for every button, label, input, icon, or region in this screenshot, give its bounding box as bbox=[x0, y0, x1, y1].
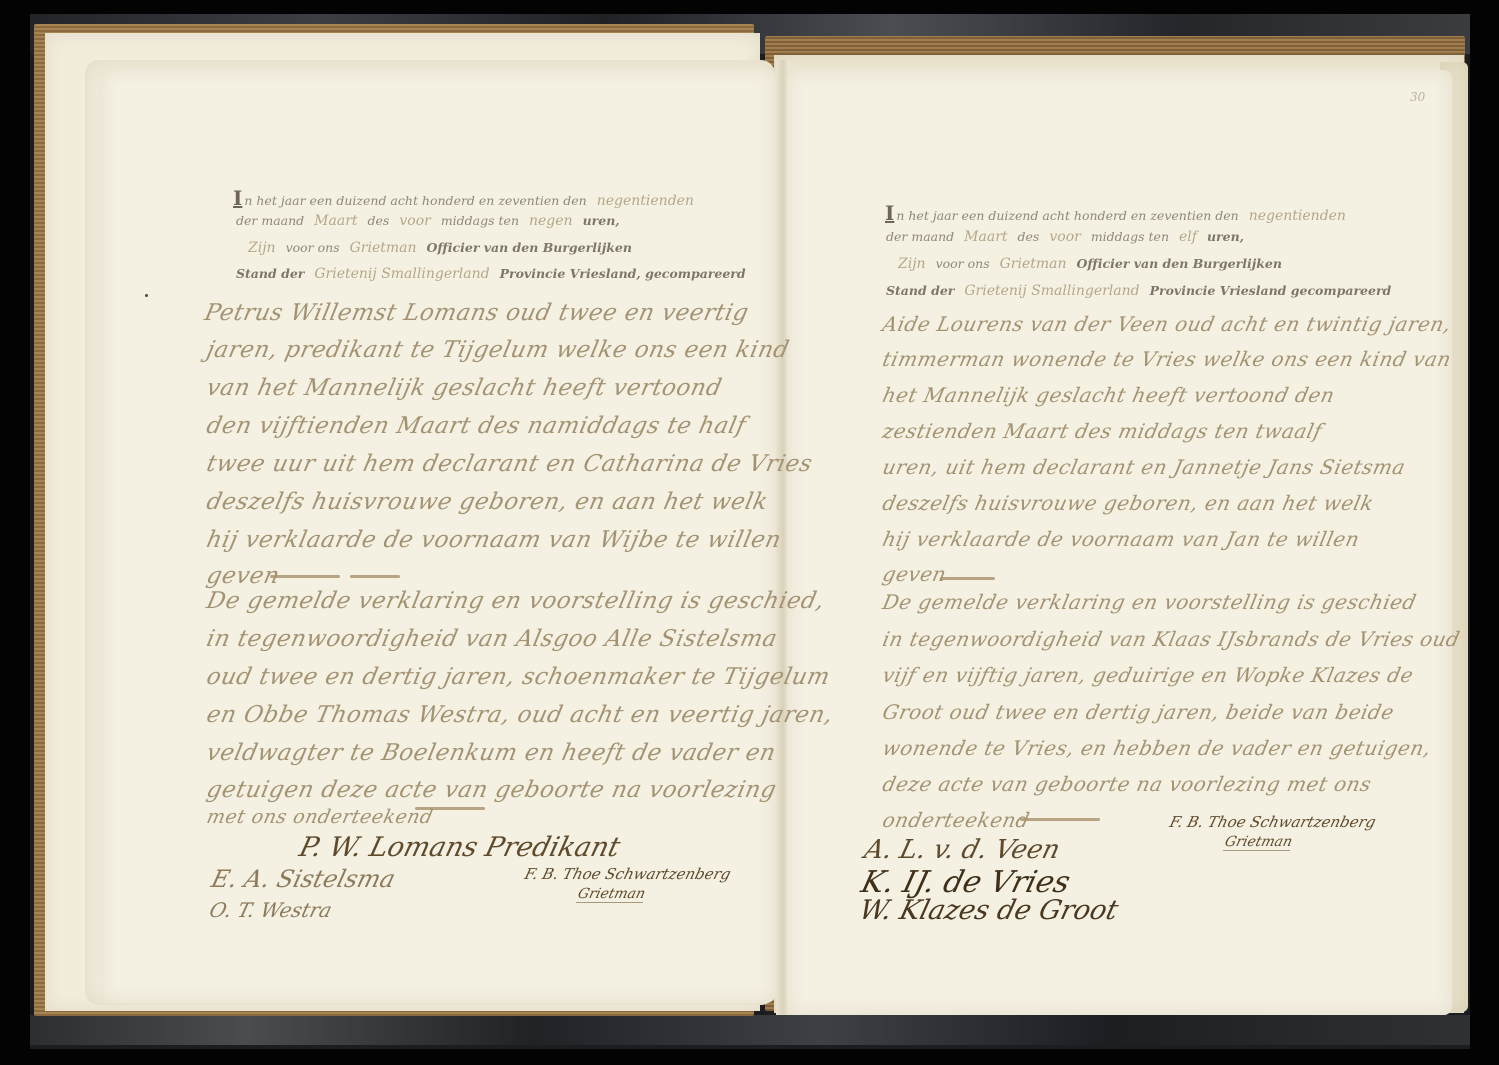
hand-line: oud twee en dertig jaren, schoenmaker te… bbox=[204, 664, 832, 690]
hand-line: uren, uit hem declarant en Jannetje Jans… bbox=[880, 455, 1407, 479]
printed-text: Stand der bbox=[236, 266, 304, 281]
form-line-1: In het jaar een duizend acht honderd en … bbox=[885, 201, 1356, 225]
form-line-1: In het jaar een duizend acht honderd en … bbox=[233, 186, 704, 210]
hand-line: zestienden Maart des middags ten twaalf bbox=[880, 419, 1324, 443]
printed-text: Officier van den Burgerlijken bbox=[1077, 256, 1282, 271]
signature-father: A. L. v. d. Veen bbox=[861, 835, 1063, 865]
handwritten-fill: negen bbox=[529, 213, 573, 229]
form-line-2: der maandMaartdesvoormiddags tennegenure… bbox=[236, 213, 620, 229]
hand-line: in tegenwoordigheid van Klaas IJsbrands … bbox=[880, 627, 1462, 651]
form-line-2: der maandMaartdesvoormiddags tenelfuren, bbox=[886, 229, 1244, 245]
printed-text: voor ons bbox=[286, 240, 340, 255]
cover-marbled-edge-bottom bbox=[30, 1015, 1470, 1045]
signature-official-title: Grietman bbox=[576, 886, 647, 903]
signature-father: P. W. Lomans Predikant bbox=[296, 832, 623, 863]
signature-witness-2: W. Klazes de Groot bbox=[856, 895, 1121, 926]
hand-line: twee uur uit hem declarant en Catharina … bbox=[204, 451, 815, 477]
signature-witness-1: E. A. Sistelsma bbox=[209, 865, 399, 893]
printed-text: des bbox=[1018, 229, 1040, 244]
signature-witness-2: O. T. Westra bbox=[207, 898, 335, 922]
hand-line: De gemelde verklaring en voorstelling is… bbox=[204, 588, 827, 614]
hand-line: geven bbox=[880, 562, 948, 586]
printed-text: der maand bbox=[236, 213, 304, 228]
handwritten-fill: voor bbox=[1049, 229, 1080, 245]
handwritten-fill: elf bbox=[1179, 229, 1197, 245]
hand-line: Petrus Willemst Lomans oud twee en veert… bbox=[202, 300, 751, 326]
hand-line: vijf en vijftig jaren, geduirige en Wopk… bbox=[880, 663, 1415, 687]
printed-text: Stand der bbox=[886, 283, 954, 298]
line-flourish bbox=[270, 575, 340, 578]
form-line-4: Stand derGrietenij SmallingerlandProvinc… bbox=[886, 283, 1391, 299]
hand-line: deszelfs huisvrouwe geboren, en aan het … bbox=[880, 491, 1376, 515]
line-flourish bbox=[940, 577, 995, 580]
handwritten-fill: Grietenij Smallingerland bbox=[964, 283, 1139, 299]
printed-text: der maand bbox=[886, 229, 954, 244]
signature-official: F. B. Thoe Schwartzenberg bbox=[523, 865, 733, 883]
printed-text: Provincie Vriesland gecompareerd bbox=[1150, 283, 1392, 298]
hand-line: De gemelde verklaring en voorstelling is… bbox=[880, 590, 1418, 614]
hand-line: deze acte van geboorte na voorlezing met… bbox=[880, 772, 1373, 796]
handwritten-fill: negentienden bbox=[1249, 208, 1346, 224]
hand-line: van het Mannelijk geslacht heeft vertoon… bbox=[204, 375, 724, 401]
hand-line: en Obbe Thomas Westra, oud acht en veert… bbox=[204, 702, 835, 728]
line-flourish bbox=[1020, 818, 1100, 821]
handwritten-fill: Zijn bbox=[898, 256, 926, 272]
hand-line: veldwagter te Boelenkum en heeft de vade… bbox=[204, 740, 778, 766]
line-flourish bbox=[350, 575, 400, 578]
hand-line: wonende te Vries, en hebben de vader en … bbox=[880, 736, 1433, 760]
hand-line: getuigen deze acte van geboorte na voorl… bbox=[204, 777, 779, 803]
hand-line: hij verklaarde de voornaam van Wijbe te … bbox=[204, 527, 783, 553]
hand-line: jaren, predikant te Tijgelum welke ons e… bbox=[204, 337, 791, 363]
printed-text: Officier van den Burgerlijken bbox=[427, 240, 632, 255]
printed-text: middags ten bbox=[1091, 229, 1169, 244]
form-line-3: Zijnvoor onsGrietmanOfficier van den Bur… bbox=[238, 240, 632, 256]
hand-line: het Mannelijk geslacht heeft vertoond de… bbox=[880, 383, 1337, 407]
hand-line: onderteekend bbox=[880, 808, 1032, 832]
line-flourish bbox=[415, 807, 485, 810]
handwritten-fill: negentienden bbox=[597, 193, 694, 209]
handwritten-fill: Maart bbox=[964, 229, 1007, 245]
hand-line: Groot oud twee en dertig jaren, beide va… bbox=[880, 700, 1396, 724]
signature-official: F. B. Thoe Schwartzenberg bbox=[1168, 813, 1378, 831]
printed-text: des bbox=[368, 213, 390, 228]
hand-line: timmerman wonende te Vries welke ons een… bbox=[880, 347, 1453, 371]
handwritten-fill: Grietenij Smallingerland bbox=[314, 266, 489, 282]
printed-text: voor ons bbox=[936, 256, 990, 271]
handwritten-fill: Maart bbox=[314, 213, 357, 229]
handwritten-fill: Grietman bbox=[1000, 256, 1067, 272]
hand-line: met ons onderteekend bbox=[205, 806, 436, 828]
hand-line: in tegenwoordigheid van Alsgoo Alle Sist… bbox=[204, 626, 780, 652]
printed-text: n het jaar een duizend acht honderd en z… bbox=[244, 193, 586, 208]
drop-initial: I bbox=[885, 201, 894, 225]
printed-text: n het jaar een duizend acht honderd en z… bbox=[896, 208, 1238, 223]
handwritten-fill: voor bbox=[399, 213, 430, 229]
printed-text: uren, bbox=[583, 213, 620, 228]
hand-line: den vijftienden Maart des namiddags te h… bbox=[204, 413, 748, 439]
hand-line: hij verklaarde de voornaam van Jan te wi… bbox=[880, 527, 1361, 551]
handwritten-fill: Zijn bbox=[248, 240, 276, 256]
printed-text: middags ten bbox=[441, 213, 519, 228]
hand-line: deszelfs huisvrouwe geboren, en aan het … bbox=[204, 489, 770, 515]
ink-speck bbox=[145, 294, 148, 297]
drop-initial: I bbox=[233, 186, 242, 210]
handwritten-fill: Grietman bbox=[350, 240, 417, 256]
printed-text: uren, bbox=[1207, 229, 1244, 244]
signature-official-title: Grietman bbox=[1223, 834, 1294, 851]
hand-line: Aide Lourens van der Veen oud acht en tw… bbox=[880, 312, 1453, 336]
folio-number: 30 bbox=[1410, 90, 1425, 104]
form-line-3: Zijnvoor onsGrietmanOfficier van den Bur… bbox=[888, 256, 1282, 272]
printed-text: Provincie Vriesland, gecompareerd bbox=[500, 266, 746, 281]
form-line-4: Stand derGrietenij SmallingerlandProvinc… bbox=[236, 266, 746, 282]
